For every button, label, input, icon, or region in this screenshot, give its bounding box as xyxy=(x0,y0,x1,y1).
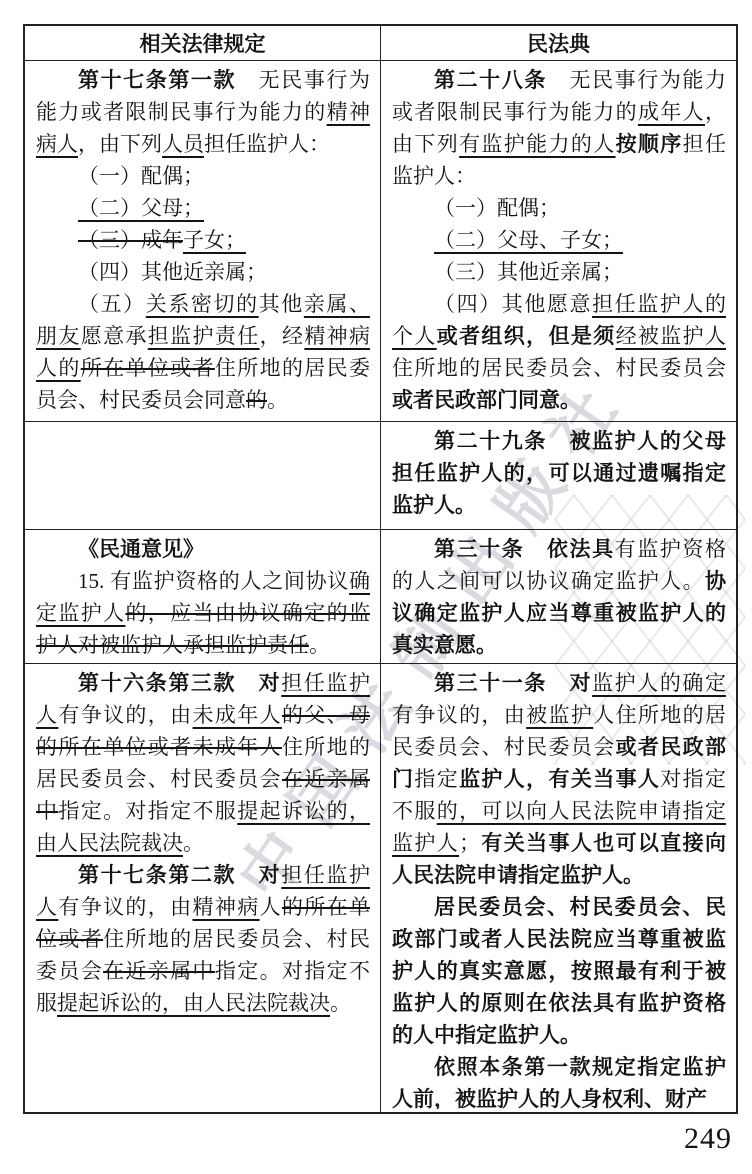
text-segment: 担任监护人： xyxy=(204,132,330,156)
table-row: 第十七条第一款 无民事行为能力或者限制民事行为能力的精神病人，由下列人员担任监护… xyxy=(24,61,737,422)
text-segment: 成年人 xyxy=(638,100,705,124)
text-segment: 或者组织，但是须 xyxy=(437,324,616,348)
text-segment: 监护人的确定 xyxy=(592,671,726,695)
text-segment: 有监护能力的人 xyxy=(459,132,616,156)
column-header-civil-code: 民法典 xyxy=(381,25,738,61)
text-segment: 的 xyxy=(246,388,267,412)
cell-civil-code-art28: 第二十八条 无民事行为能力或者限制民事行为能力的成年人，由下列有监护能力的人按顺… xyxy=(381,61,738,422)
table-row: 第二十九条 被监护人的父母担任监护人的，可以通过遗嘱指定监护人。 xyxy=(24,422,737,530)
text-segment: 其他 xyxy=(259,292,304,316)
column-header-related-laws: 相关法律规定 xyxy=(24,25,381,61)
text-segment: 有争议的，由 xyxy=(392,703,526,727)
text-segment: 有争议的，由 xyxy=(58,703,192,727)
text-segment: 第十六条第三款 对 xyxy=(78,671,281,695)
text-segment: 人 xyxy=(260,895,282,919)
text-segment: ； xyxy=(459,831,480,855)
text-segment: 未成年人 xyxy=(193,703,282,727)
text-segment: 人员 xyxy=(162,132,204,156)
text-segment: 监护人，有关当事人 xyxy=(459,767,660,791)
text-segment: ，经 xyxy=(260,324,305,348)
text-segment: 第三十一条 对 xyxy=(434,671,592,695)
text-segment: 担监护责任 xyxy=(148,324,260,348)
text-segment: 被监护 xyxy=(526,703,593,727)
text-segment: 按顺序 xyxy=(616,132,683,156)
text-segment: （四）其他近亲属； xyxy=(78,260,267,284)
text-segment: 住所地的居民委员会、村民委员会 xyxy=(392,356,726,380)
text-segment: 关系密切的 xyxy=(146,292,259,316)
text-segment: 。 xyxy=(267,388,288,412)
text-segment: 第二十九条 被监护人的父母担任监护人的，可以通过遗嘱指定监护人。 xyxy=(392,429,726,517)
text-segment: 指定 xyxy=(414,767,459,791)
text-segment: 有争议的，由 xyxy=(58,895,192,919)
text-segment: （一）配偶； xyxy=(78,164,204,188)
text-segment: 精神病 xyxy=(193,895,260,919)
cell-civil-code-art29: 第二十九条 被监护人的父母担任监护人的，可以通过遗嘱指定监护人。 xyxy=(381,422,738,530)
text-segment: 在近亲属中 xyxy=(103,959,215,983)
page-number: 249 xyxy=(684,1122,732,1156)
text-segment: 依照本条第一款规定指定监护人前，被监护人的人身权利、财产 xyxy=(392,1055,726,1109)
text-segment: （三）成年 xyxy=(78,228,183,252)
text-segment: 或者民政部门同意。 xyxy=(392,388,581,412)
table-row: 第十六条第三款 对担任监护人有争议的，由未成年人的父、母的所在单位或者未成年人住… xyxy=(24,664,737,1114)
text-segment: 提起诉讼的，由人民法院裁决 xyxy=(57,991,330,1015)
text-segment: 经被监护人 xyxy=(616,324,726,348)
law-comparison-table: 相关法律规定 民法典 第十七条第一款 无民事行为能力或者限制民事行为能力的精神病… xyxy=(23,24,738,1114)
text-segment: 指定。对指定不服 xyxy=(58,799,237,823)
cell-civil-code-art30: 第三十条 依法具有监护资格的人之间可以协议确定监护人。协议确定监护人应当尊重被监… xyxy=(381,530,738,664)
text-segment: （一）配偶； xyxy=(434,196,560,220)
text-segment: 。 xyxy=(330,991,351,1015)
text-segment: （四）其他愿意 xyxy=(434,292,592,316)
text-segment: 愿意承 xyxy=(81,324,148,348)
text-segment: 第二十八条 xyxy=(434,68,570,92)
text-segment: 子女； xyxy=(183,228,246,252)
text-segment: 《民通意见》 xyxy=(78,537,204,561)
cell-related-law-mintong-15: 《民通意见》15. 有监护资格的人之间协议确定监护人的，应当由协议确定的监护人对… xyxy=(24,530,381,664)
cell-related-law-art16-3-art17-2: 第十六条第三款 对担任监护人有争议的，由未成年人的父、母的所在单位或者未成年人住… xyxy=(24,664,381,1114)
table-row: 《民通意见》15. 有监护资格的人之间协议确定监护人的，应当由协议确定的监护人对… xyxy=(24,530,737,664)
text-segment: ，由下列 xyxy=(78,132,162,156)
text-segment: （二）父母、子女； xyxy=(434,228,623,252)
book-page: 中国法制出版社 相关法律规定 民法典 第十七条第一款 无民事行为能力或者限制民事… xyxy=(0,0,752,1174)
text-segment: （五） xyxy=(78,292,146,316)
cell-civil-code-art31: 第三十一条 对监护人的确定有争议的，由被监护人住所地的居民委员会、村民委员会或者… xyxy=(381,664,738,1114)
text-segment: 第十七条第二款 对 xyxy=(78,863,281,887)
cell-related-law-empty xyxy=(24,422,381,530)
text-segment: （二）父母； xyxy=(78,196,204,220)
text-segment: 所在单位或者 xyxy=(81,356,215,380)
text-segment: 第三十条 依法具 xyxy=(434,537,615,561)
text-segment: 。 xyxy=(183,831,204,855)
text-segment: 第十七条第一款 xyxy=(78,68,259,92)
text-segment: 居民委员会、村民委员会、民政部门或者人民法院应当尊重被监护人的真实意愿，按照最有… xyxy=(392,895,726,1047)
text-segment: 。 xyxy=(309,633,330,657)
text-segment: （三）其他近亲属； xyxy=(434,260,623,284)
cell-related-law-art17-1: 第十七条第一款 无民事行为能力或者限制民事行为能力的精神病人，由下列人员担任监护… xyxy=(24,61,381,422)
text-segment: 15. 有监护资格的人之间协议 xyxy=(78,569,349,593)
header-row: 相关法律规定 民法典 xyxy=(24,25,737,61)
